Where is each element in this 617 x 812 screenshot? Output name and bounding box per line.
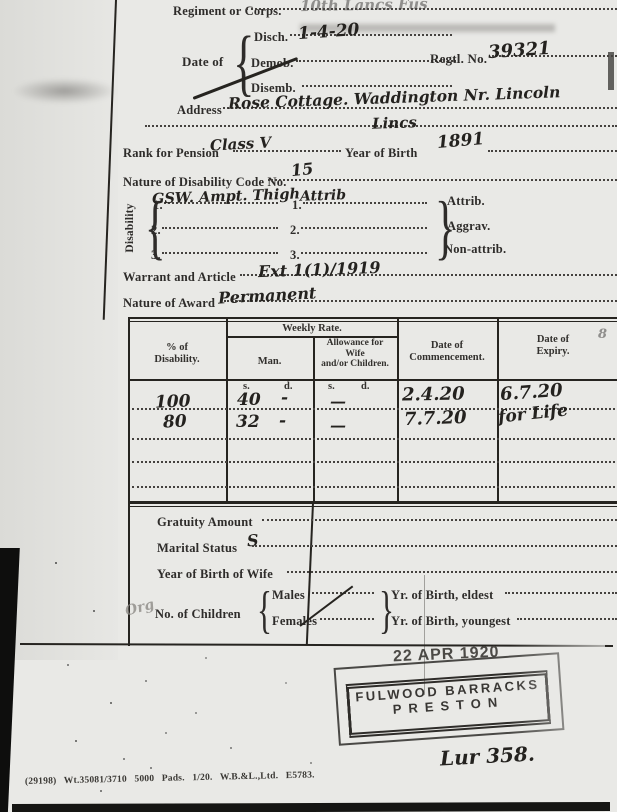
pct-disability-header: % of Disability. [128,342,226,365]
scanned-pension-record-page: Regiment or Corps. 10th Lancs Fus Date o… [0,0,617,812]
wife-birth-label: Year of Birth of Wife [157,567,273,582]
rank-value-handwriting: Class V [210,133,272,154]
disability-row3-dotted-right [301,250,427,254]
eldest-label: Yr. of Birth, eldest [391,588,494,603]
commencement-header: Date of Commencement. [397,340,497,363]
children-brace-left: { [257,585,272,637]
females-dotted-line [320,616,374,620]
stamp-fade-overlay [510,638,605,746]
printer-imprint: (29198) Wt.35081/3710 5000 Pads. 1/20. W… [25,770,315,787]
dust-speckles [55,562,57,564]
man-header: Man. [226,356,313,368]
date-of-label: Date of [182,54,223,70]
males-label: Males [272,588,305,603]
weekly-rate-header: Weekly Rate. [226,323,398,335]
expiry-header-line1: Date of [537,334,569,345]
award-value-handwriting: Permanent [218,283,317,307]
regtl-no-label: Regtl. No. [430,51,487,67]
marital-status-dotted-line [252,543,617,547]
table-left-border [128,317,130,646]
youngest-dotted-line [517,616,617,620]
aggrav-label: Aggrav. [447,219,490,234]
year-of-birth-label: Year of Birth [345,146,418,161]
disability-row3-dotted-left [162,250,278,254]
attrib-label: Attrib. [447,194,485,209]
address-line2-handwriting: Lincs [372,113,417,133]
expiry-header: Date of Expiry. [497,334,609,357]
pct-header-line2: Disability. [154,354,199,365]
right-edge-mark [608,52,614,90]
row1-commencement: 2.4.20 [402,383,465,405]
marital-status-value-handwriting: S [246,531,259,551]
expiry-corner-mark: 8 [598,327,607,342]
rank-for-pension-label: Rank for Pension [123,146,219,161]
disability-row2-dotted-left [162,225,278,229]
youngest-label: Yr. of Birth, youngest [391,614,511,629]
regtl-no-value-handwriting: 39321 [487,38,551,63]
row2-man-s: 32 [236,412,260,432]
expiry-header-line2: Expiry. [537,346,570,357]
award-label: Nature of Award [123,296,215,311]
bottom-right-handwriting: Lur 358. [439,742,535,771]
disability-row1-right-handwriting: Attrib [300,187,347,205]
disability-code-value-handwriting: 15 [290,159,314,180]
row1-man-d: - [281,388,288,408]
allowance-header: Allowance for Wife and/or Children. [313,338,397,370]
year-of-birth-value-handwriting: 1891 [436,129,485,153]
gratuity-dotted-line [262,517,617,521]
table-bottom-line-1 [128,501,617,504]
non-attrib-label: Non-attrib. [444,242,506,257]
allowance-header-line1: Allowance for [327,338,384,348]
row2-allowance: — [330,416,346,435]
table-vline-1 [226,317,228,503]
disability-label: Disability [124,198,136,258]
table-top-line-2 [128,321,617,322]
table-dotted-row3 [132,459,615,463]
disch-label: Disch. [254,30,288,45]
row2-pct: 80 [162,411,187,432]
scan-bottom-black-band [12,802,610,812]
table-bottom-line-2 [128,506,617,507]
row2-man-d: - [279,411,286,431]
margin-smudge [12,78,117,104]
disability-row3-num-left: 3. [151,248,161,263]
allowance-header-line3: and/or Children. [321,359,389,369]
commencement-header-line2: Commencement. [409,352,485,363]
children-label: No. of Children [155,607,241,622]
disability-code-dotted-line [268,177,617,181]
disability-row2-dotted-right [301,225,427,229]
wife-birth-dotted-line [287,569,617,573]
table-dotted-row4 [132,484,615,488]
disability-row2-num-left: 2. [151,223,161,238]
eldest-dotted-line [505,590,617,594]
warrant-value-handwriting: Ext 1(1)/1919 [258,258,381,281]
disability-row2-num-right: 2. [290,223,300,238]
row2-commencement: 7.7.20 [404,407,467,430]
table-dotted-row2 [132,436,615,440]
regiment-value-handwriting: 10th Lancs Fus [300,0,428,15]
marital-status-label: Marital Status [157,541,237,556]
commencement-header-line1: Date of [431,340,463,351]
year-of-birth-dotted-line [488,148,617,152]
disch-value-handwriting: 1-4-20 [297,20,360,44]
allow-d-header: d. [361,381,369,393]
allowance-header-line2: Wife [345,349,364,359]
warrant-label: Warrant and Article [123,270,236,285]
allow-s-header: s. [328,381,335,393]
table-top-line-1 [128,317,617,319]
address-label: Address [177,103,222,118]
gratuity-label: Gratuity Amount [157,515,253,530]
pct-header-line1: % of [166,342,188,353]
